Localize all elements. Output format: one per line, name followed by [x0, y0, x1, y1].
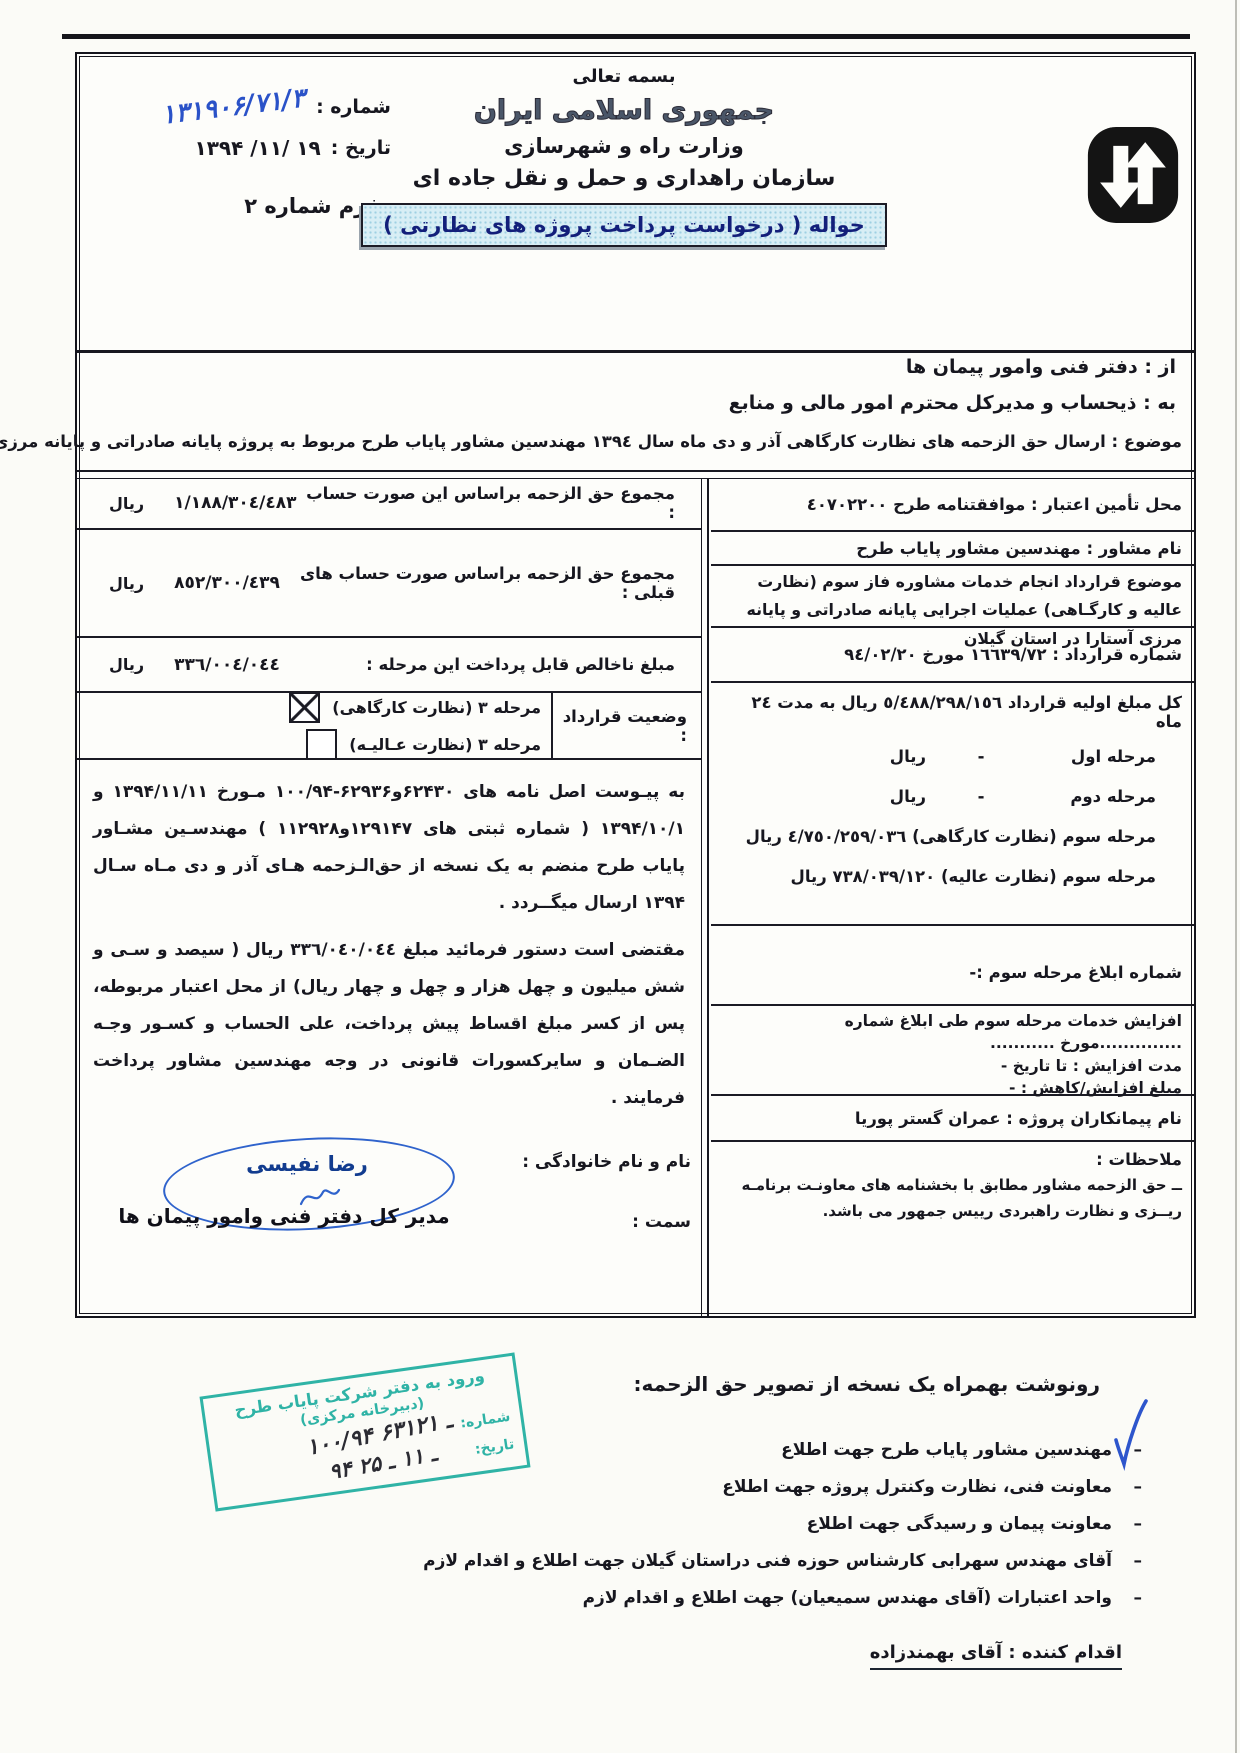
scanned-document-page: شماره : ۱۳۱۹۰۶/۷۱/۳ تاریخ : ۱۹ /۱۱/ ۱۳۹۴…: [0, 0, 1240, 1753]
current-invoice-unit: ریال: [109, 494, 144, 513]
phase-one-value: -: [926, 747, 1036, 766]
remarks-cell: ملاحظات : ــ حق الزحمه مشاور مطابق با بخ…: [711, 1142, 1194, 1224]
previous-invoices-unit: ریال: [109, 574, 144, 593]
contract-subject-cell: موضوع قرارداد انجام خدمات مشاوره فاز سوم…: [711, 566, 1194, 628]
phase-two-value: -: [926, 787, 1036, 806]
previous-invoices-label: مجموع حق الزحمه براساس صورت حساب های قبل…: [280, 564, 675, 602]
gross-payable-unit: ریال: [109, 655, 144, 674]
company-entry-stamp: ورود به دفتر شرکت پایاب طرح (دبیرخانه مر…: [199, 1352, 530, 1511]
subject-row: موضوع : ارسال حق الزحمه های نظارت کارگاه…: [77, 428, 1194, 472]
signer-position-label: سمت :: [632, 1212, 691, 1232]
amounts-column: مجموع حق الزحمه براساس این صورت حساب : ١…: [77, 478, 701, 1316]
increase-line1: افزایش خدمات مرحله سوم طی ابلاغ شماره ..…: [723, 1010, 1182, 1055]
contract-info-column: محل تأمین اعتبار : موافقتنامه طرح ٤٠٧٠٢٢…: [711, 478, 1194, 1316]
entry-stamp-number-label: شماره:: [459, 1408, 511, 1431]
gross-payable-cell: مبلغ ناخالص قابل پرداخت این مرحله : ٣٣٦/…: [77, 638, 701, 693]
previous-invoices-value: ٨٥٢/٣٠٠/٤٣٩: [174, 573, 280, 593]
date-value: ۱۹ /۱۱/ ۱۳۹۴: [195, 136, 321, 160]
request-body-cell: به پیـوست اصل نامه های ۶۲۴۳۰و۶۲۹۳۶-۱۰۰/۹…: [77, 760, 701, 1312]
payment-request-paragraph: مقتضی است دستور فرمائید مبلغ ٣٣٦/٠٤٠/٠٤٤…: [93, 932, 685, 1117]
site-supervision-checkbox[interactable]: [289, 692, 320, 723]
from-row: از : دفتر فنی وامور پیمان ها: [77, 354, 1194, 390]
copy-item-contracts-deputy: معاونت پیمان و رسیدگی جهت اطلاع: [502, 1514, 1142, 1534]
status-option-high-supervision: مرحله ۳ (نظارت عـالیـه): [77, 729, 541, 760]
service-increase-cell: افزایش خدمات مرحله سوم طی ابلاغ شماره ..…: [711, 1006, 1194, 1096]
organization-logo-icon: [1086, 122, 1180, 228]
copy-item-technical-deputy: معاونت فنی، نظارت وکنترل پروژه جهت اطلاع: [502, 1477, 1142, 1497]
status-option-site-label: مرحله ۳ (نظارت کارگاهی): [332, 698, 541, 717]
current-invoice-label: مجموع حق الزحمه براساس این صورت حساب :: [297, 484, 676, 522]
entry-stamp-date-label: تاریخ:: [474, 1436, 515, 1457]
total-initial-amount: کل مبلغ اولیه قرارداد ٥/٤٨٨/٢٩٨/١٥٦ ریال…: [723, 693, 1182, 731]
bismillah-text: بسمه تعالی: [354, 66, 894, 87]
header-meta: شماره : ۱۳۱۹۰۶/۷۱/۳ تاریخ : ۱۹ /۱۱/ ۱۳۹۴…: [91, 92, 391, 218]
current-invoice-value: ١/١٨٨/٣٠٤/٤٨٣: [174, 493, 296, 513]
phase-three-high-row: مرحله سوم (نظارت عالیه) ٧٣٨/٠٣٩/١٢٠ ریال: [723, 867, 1182, 886]
handler-line: اقدام کننده : آقای بهمندزاده: [870, 1642, 1122, 1670]
phase-one-row: مرحله اول - ریال: [723, 747, 1182, 766]
copy-item-credits-unit: واحد اعتبارات (آقای مهندس سمیعیان) جهت ا…: [502, 1588, 1142, 1608]
copies-list: مهندسین مشاور پایاب طرح جهت اطلاع معاونت…: [502, 1440, 1142, 1625]
organization-title: سازمان راهداری و حمل و نقل جاده ای: [354, 166, 894, 191]
to-row: به : ذیحساب و مدیرکل محترم امور مالی و م…: [77, 390, 1194, 428]
consultant-name-cell: نام مشاور : مهندسین مشاور پایاب طرح: [711, 532, 1194, 566]
form-header: شماره : ۱۳۱۹۰۶/۷۱/۳ تاریخ : ۱۹ /۱۱/ ۱۳۹۴…: [77, 54, 1194, 353]
signer-name: رضا نفیسی: [187, 1152, 427, 1176]
phase-three-site-row: مرحله سوم (نظارت کارگاهی) ٤/٧٥٠/٢٥٩/٠٣٦ …: [723, 827, 1182, 846]
payment-request-form: شماره : ۱۳۱۹۰۶/۷۱/۳ تاریخ : ۱۹ /۱۱/ ۱۳۹۴…: [75, 52, 1196, 1318]
contract-status-label: وضعیت قرارداد :: [551, 693, 701, 758]
contract-status-cell: وضعیت قرارداد : مرحله ۳ (نظارت کارگاهی) …: [77, 693, 701, 760]
contract-status-options: مرحله ۳ (نظارت کارگاهی) مرحله ۳ (نظارت ع…: [77, 693, 551, 758]
notification-number-cell: شماره ابلاغ مرحله سوم :-: [711, 926, 1194, 1006]
previous-invoices-cell: مجموع حق الزحمه براساس صورت حساب های قبل…: [77, 530, 701, 638]
gross-payable-label: مبلغ ناخالص قابل پرداخت این مرحله :: [366, 655, 675, 674]
copies-heading: رونوشت بهمراه یک نسخه از تصویر حق الزحمه…: [634, 1372, 1100, 1396]
gross-payable-value: ٣٣٦/٠٠٤/٠٤٤: [174, 655, 280, 675]
scan-edge-line: [62, 34, 1190, 39]
contract-amounts-cell: کل مبلغ اولیه قرارداد ٥/٤٨٨/٢٩٨/١٥٦ ریال…: [711, 683, 1194, 926]
remarks-text: ــ حق الزحمه مشاور مطابق با بخشنامه های …: [723, 1173, 1182, 1224]
attachment-paragraph: به پیـوست اصل نامه های ۶۲۴۳۰و۶۲۹۳۶-۱۰۰/۹…: [93, 774, 685, 922]
ministry-title: وزارت راه و شهرسازی: [354, 134, 894, 158]
form-body-columns: محل تأمین اعتبار : موافقتنامه طرح ٤٠٧٠٢٢…: [77, 478, 1194, 1316]
copy-item-consultant: مهندسین مشاور پایاب طرح جهت اطلاع: [502, 1440, 1142, 1460]
scan-edge-line-right: [1235, 0, 1237, 1753]
signer-title: مدیر کل دفتر فنی وامور پیمان ها: [99, 1204, 469, 1228]
remarks-label: ملاحظات :: [723, 1150, 1182, 1169]
column-divider: [701, 478, 709, 1316]
phase-two-row: مرحله دوم - ریال: [723, 787, 1182, 806]
republic-title: جمهوری اسلامی ایران: [354, 95, 894, 126]
phase-two-unit: ریال: [890, 787, 926, 806]
contractors-cell: نام پیمانکاران پروژه : عمران گستر پوریا: [711, 1096, 1194, 1142]
high-supervision-checkbox[interactable]: [306, 729, 337, 760]
form-title-banner: حواله ( درخواست پرداخت پروژه های نظارتی …: [361, 203, 887, 247]
form-number: فرم شماره ۲: [91, 194, 381, 218]
header-titles: بسمه تعالی جمهوری اسلامی ایران وزارت راه…: [354, 66, 894, 247]
signer-name-label: نام و نام خانوادگی :: [522, 1152, 691, 1172]
phase-one-label: مرحله اول: [1036, 747, 1156, 766]
copy-item-engineer-sohrabi: آقای مهندس سهرابی کارشناس حوزه فنی دراست…: [502, 1551, 1142, 1571]
phase-one-unit: ریال: [890, 747, 926, 766]
increase-line2: مدت افزایش : تا تاریخ -: [723, 1055, 1182, 1077]
phase-two-label: مرحله دوم: [1036, 787, 1156, 806]
status-option-high-label: مرحله ۳ (نظارت عـالیـه): [349, 735, 541, 754]
current-invoice-cell: مجموع حق الزحمه براساس این صورت حساب : ١…: [77, 478, 701, 530]
funding-source-cell: محل تأمین اعتبار : موافقتنامه طرح ٤٠٧٠٢٢…: [711, 478, 1194, 532]
handwritten-number-value: ۱۳۱۹۰۶/۷۱/۳: [160, 83, 307, 130]
status-option-site-supervision: مرحله ۳ (نظارت کارگاهی): [77, 692, 541, 723]
